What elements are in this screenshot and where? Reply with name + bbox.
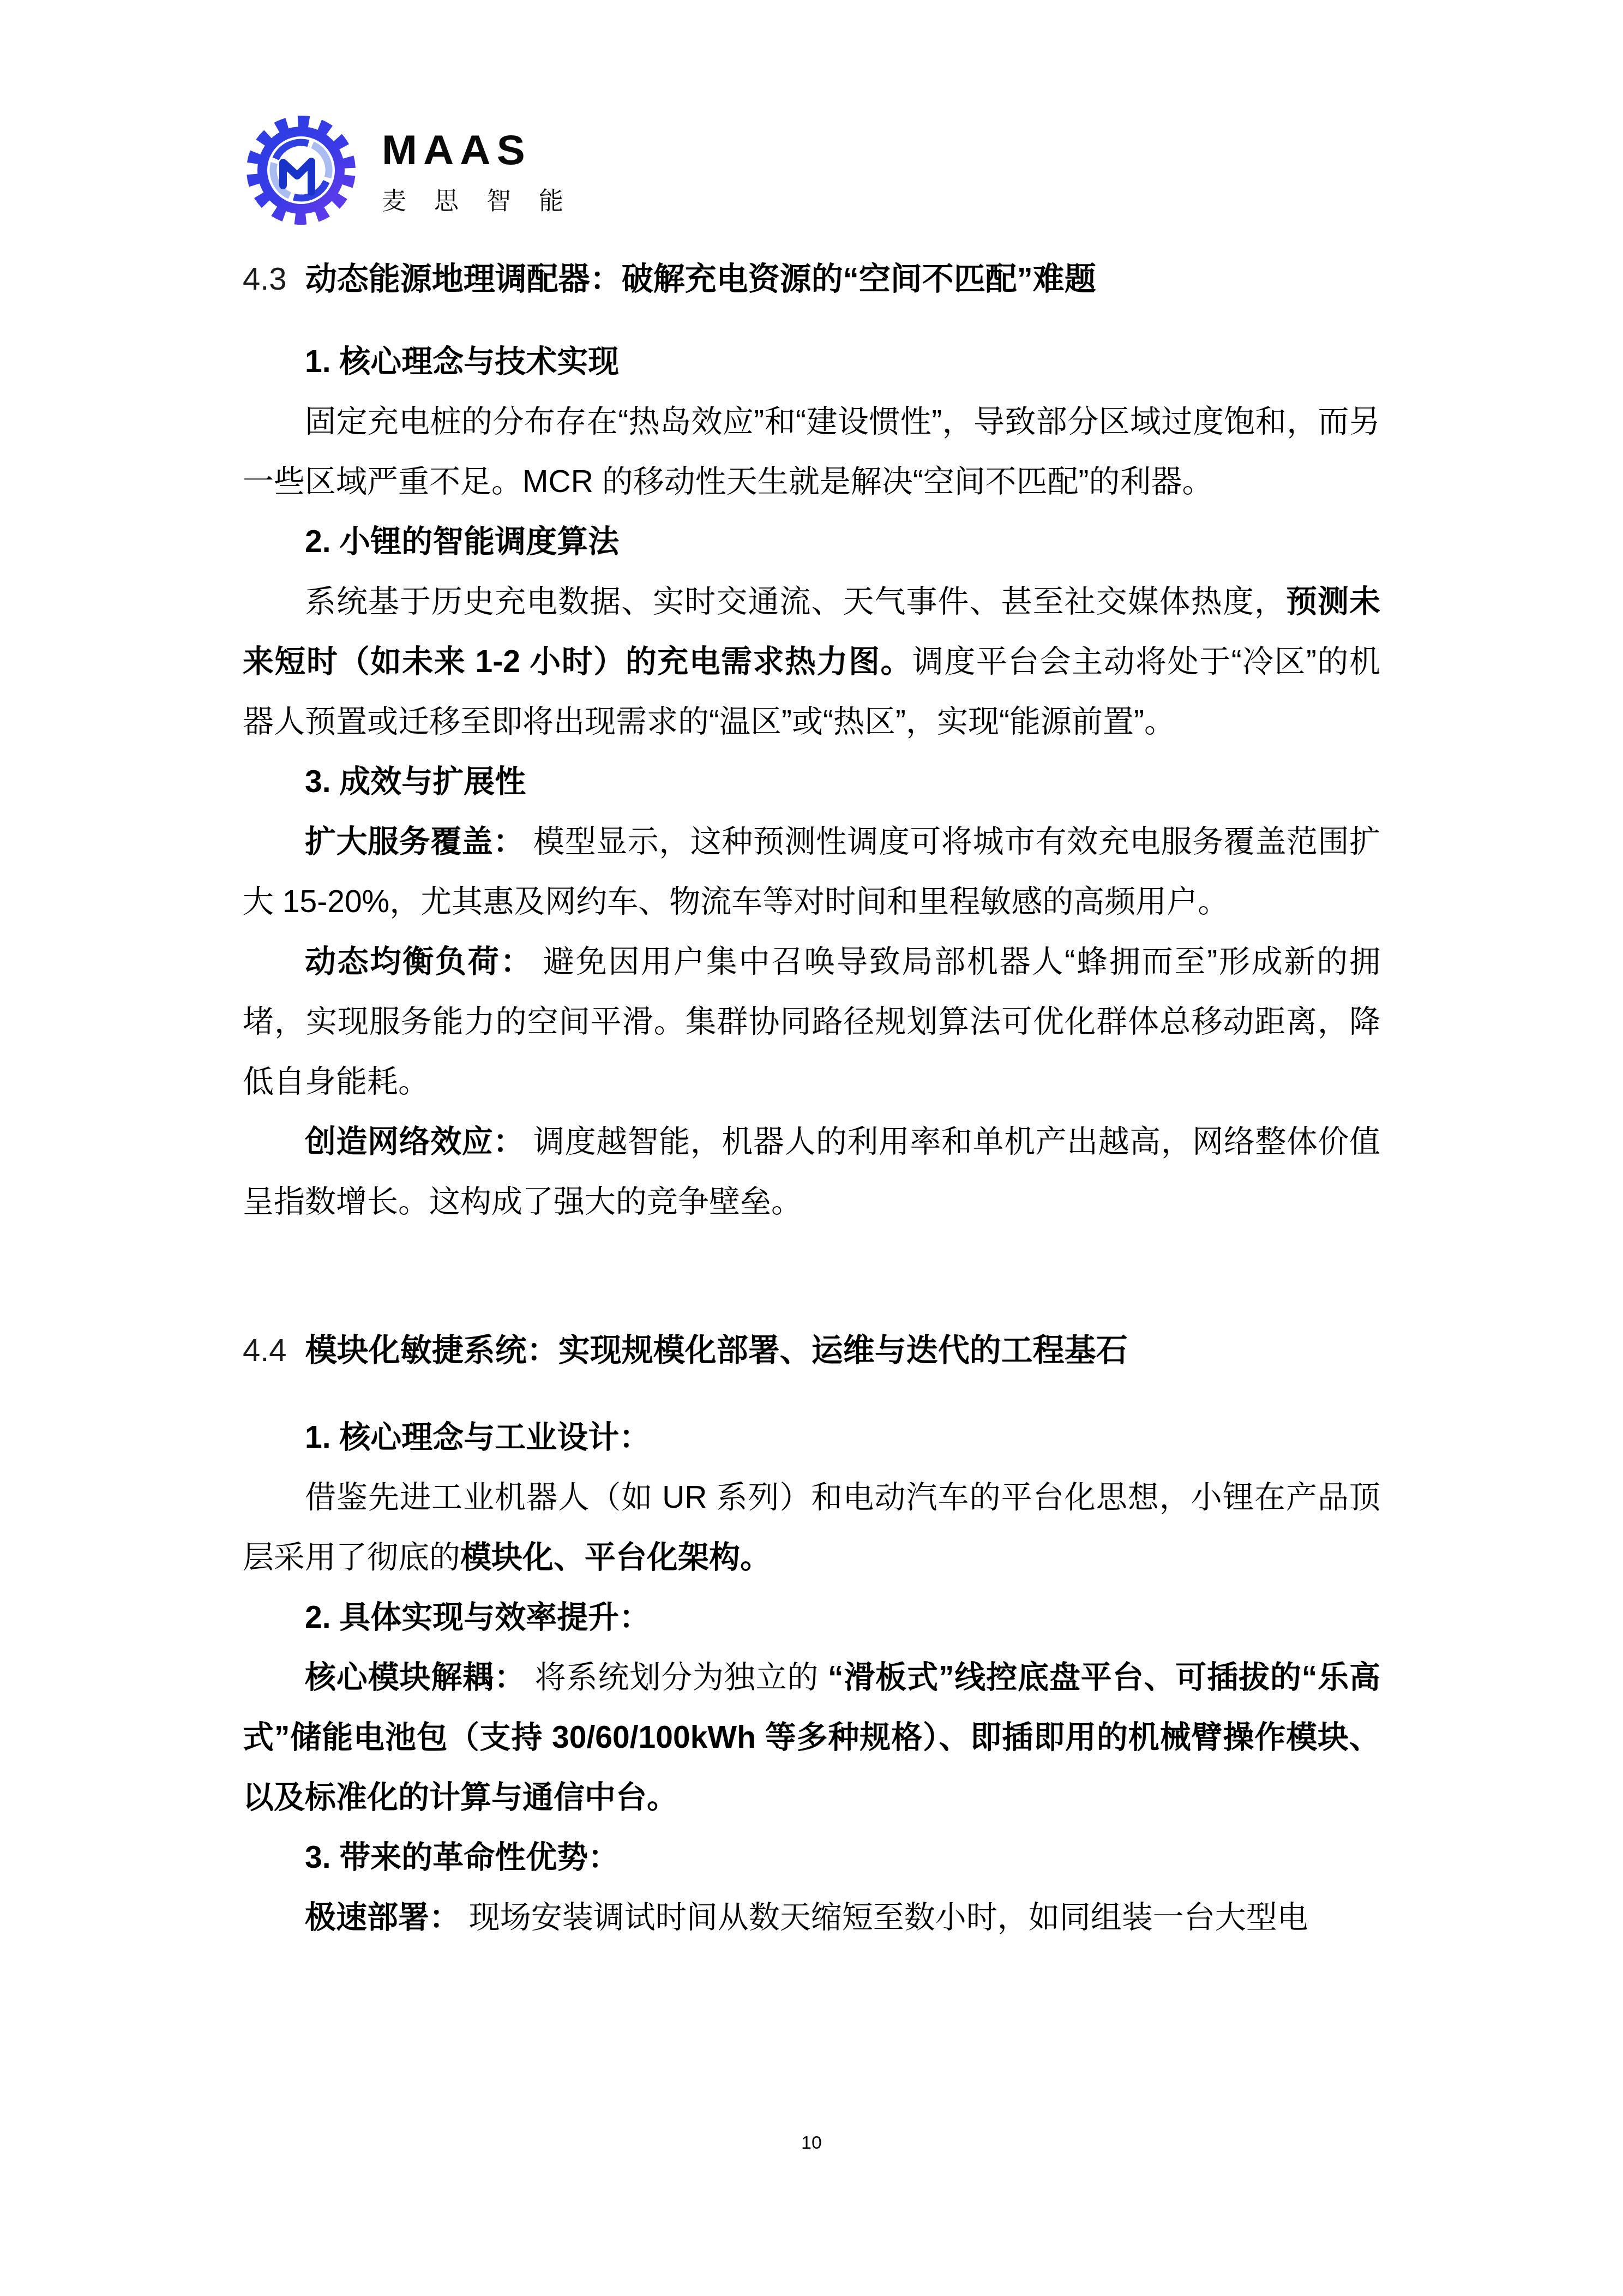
text-segment: 借鉴先进工业机器人（如 UR 系列）和电动汽车的平台化思想，小锂在产品顶层采用了… (243, 1480, 1380, 1575)
section-number: 4.4 (243, 1333, 287, 1368)
document-content: 4.3动态能源地理调配器：破解充电资源的“空间不匹配”难题1. 核心理念与技术实… (243, 0, 1380, 1947)
paragraph: 借鉴先进工业机器人（如 UR 系列）和电动汽车的平台化思想，小锂在产品顶层采用了… (243, 1467, 1380, 1587)
paragraph: 创造网络效应： 调度越智能，机器人的利用率和单机产出越高，网络整体价值呈指数增长… (243, 1112, 1380, 1232)
section-blocks: 1. 核心理念与工业设计：借鉴先进工业机器人（如 UR 系列）和电动汽车的平台化… (243, 1407, 1380, 1947)
paragraph: 扩大服务覆盖： 模型显示，这种预测性调度可将城市有效充电服务覆盖范围扩大 15-… (243, 812, 1380, 932)
section-blocks: 1. 核心理念与技术实现固定充电桩的分布存在“热岛效应”和“建设惯性”，导致部分… (243, 332, 1380, 1232)
paragraph: 极速部署： 现场安装调试时间从数天缩短至数小时，如同组装一台大型电 (243, 1887, 1380, 1947)
section-title: 模块化敏捷系统：实现规模化部署、运维与迭代的工程基石 (305, 1333, 1128, 1368)
text-segment: 核心模块解耦： (305, 1660, 526, 1695)
section-number: 4.3 (243, 261, 287, 297)
section-title: 动态能源地理调配器：破解充电资源的“空间不匹配”难题 (305, 261, 1096, 297)
page-number: 10 (0, 2132, 1623, 2154)
subheading: 2. 小锂的智能调度算法 (243, 512, 1380, 572)
subheading: 3. 带来的革命性优势： (243, 1827, 1380, 1887)
text-segment: 现场安装调试时间从数天缩短至数小时，如同组装一台大型电 (460, 1900, 1308, 1935)
text-segment: 系统基于历史充电数据、实时交通流、天气事件、甚至社交媒体热度， (305, 584, 1286, 619)
paragraph: 固定充电桩的分布存在“热岛效应”和“建设惯性”，导致部分区域过度饱和，而另一些区… (243, 392, 1380, 512)
document-page: { "logo": { "brand": "MAAS", "subtitle":… (0, 0, 1623, 2296)
text-segment: 扩大服务覆盖： (305, 824, 525, 859)
subheading: 2. 具体实现与效率提升： (243, 1587, 1380, 1647)
section-heading: 4.4模块化敏捷系统：实现规模化部署、运维与迭代的工程基石 (243, 1329, 1380, 1372)
subheading: 1. 核心理念与技术实现 (243, 332, 1380, 392)
paragraph: 系统基于历史充电数据、实时交通流、天气事件、甚至社交媒体热度，预测未来短时（如未… (243, 572, 1380, 752)
text-segment: 将系统划分为独立的 (526, 1660, 828, 1695)
text-segment: 模块化、平台化架构。 (460, 1540, 771, 1575)
section-4.4: 4.4模块化敏捷系统：实现规模化部署、运维与迭代的工程基石1. 核心理念与工业设… (243, 1329, 1380, 1947)
text-segment: 极速部署： (305, 1900, 460, 1935)
text-segment: 创造网络效应： (305, 1124, 525, 1159)
subheading: 3. 成效与扩展性 (243, 752, 1380, 812)
subheading: 1. 核心理念与工业设计： (243, 1407, 1380, 1467)
section-4.3: 4.3动态能源地理调配器：破解充电资源的“空间不匹配”难题1. 核心理念与技术实… (243, 257, 1380, 1232)
paragraph: 动态均衡负荷： 避免因用户集中召唤导致局部机器人“蜂拥而至”形成新的拥堵，实现服… (243, 932, 1380, 1112)
text-segment: 固定充电桩的分布存在“热岛效应”和“建设惯性”，导致部分区域过度饱和，而另一些区… (243, 404, 1380, 499)
text-segment: 动态均衡负荷： (305, 944, 533, 979)
paragraph: 核心模块解耦： 将系统划分为独立的 “滑板式”线控底盘平台、可插拔的“乐高式”储… (243, 1647, 1380, 1827)
section-heading: 4.3动态能源地理调配器：破解充电资源的“空间不匹配”难题 (243, 257, 1380, 301)
